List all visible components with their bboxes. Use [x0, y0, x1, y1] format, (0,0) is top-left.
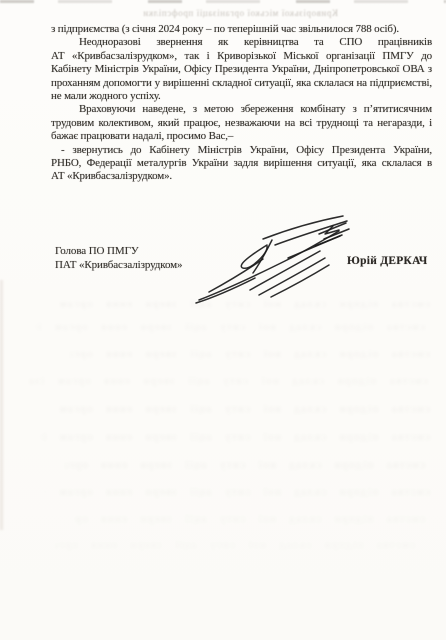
text-line: - звернутись до Кабінету Міністрів Украї… [51, 144, 432, 157]
scan-edge-artifact [0, 0, 446, 3]
bleedthrough-noise-row: ємства підпри склад ної ситу ації зверн … [75, 514, 425, 527]
text-line: трудовим колективом, який працює, незваж… [51, 117, 432, 130]
bleedthrough-noise-row: ємства підпри склад ної ситу ації зверн … [45, 487, 430, 500]
bleedthrough-noise-row: ємства підпри склад ної ситу ації зверн … [35, 322, 425, 335]
bleedthrough-noise-row: ємства підпри склад ної ситу ації зверн … [40, 432, 430, 445]
text-line: з підприємства (з січня 2024 року – по т… [51, 23, 432, 36]
bleedthrough-noise-row: ємства підпри склад ної ситу ації зверн … [70, 349, 430, 362]
text-line: АТ «Кривбасзалізрудком», так і Криворізь… [51, 50, 432, 63]
text-line: не мали жодного успіху. [51, 90, 432, 103]
text-line: бажає працювати надалі, просимо Вас,– [51, 130, 432, 143]
bleedthrough-noise-row: ємства підпри склад ної ситу ації зверн … [55, 540, 415, 553]
text-line: АТ «Кривбасзалізрудком». [51, 170, 432, 183]
text-line: проханням допомогти у вирішенні складної… [51, 77, 432, 90]
bleedthrough-noise-row: ємства підпри склад ної ситу ації зверн … [55, 404, 430, 417]
bleedthrough-noise-row: ємства підпри склад ної ситу ації зверн … [28, 376, 428, 389]
bleedthrough-noise-row: ємства підпри склад ної ситу ації зверн … [60, 299, 430, 312]
signer-organization: ПАТ «Кривбасзалізрудком» [55, 259, 182, 273]
text-line: РНБО, Федерації металургів України задля… [51, 157, 432, 170]
scan-edge-shading [0, 280, 3, 530]
text-line: Враховуючи наведене, з метою збереження … [51, 103, 432, 116]
signature-block: Голова ПО ПМГУ ПАТ «Кривбасзалізрудком» [55, 245, 182, 272]
bleedthrough-text: Криворізької міської організації профспі… [104, 8, 338, 20]
handwritten-signature [193, 206, 365, 306]
bleedthrough-noise-row: ємства підпри склад ної ситу ації зверн … [65, 460, 425, 473]
scanned-letter-page: Криворізької міської організації профспі… [0, 0, 446, 640]
signer-name: Юрій ДЕРКАЧ [347, 255, 428, 267]
letter-body: з підприємства (з січня 2024 року – по т… [51, 23, 432, 184]
text-line: Кабінету Міністрів України, Офісу Презид… [51, 63, 432, 76]
text-line: Неодноразові звернення як керівництва та… [51, 36, 432, 49]
signer-position: Голова ПО ПМГУ [55, 245, 182, 259]
